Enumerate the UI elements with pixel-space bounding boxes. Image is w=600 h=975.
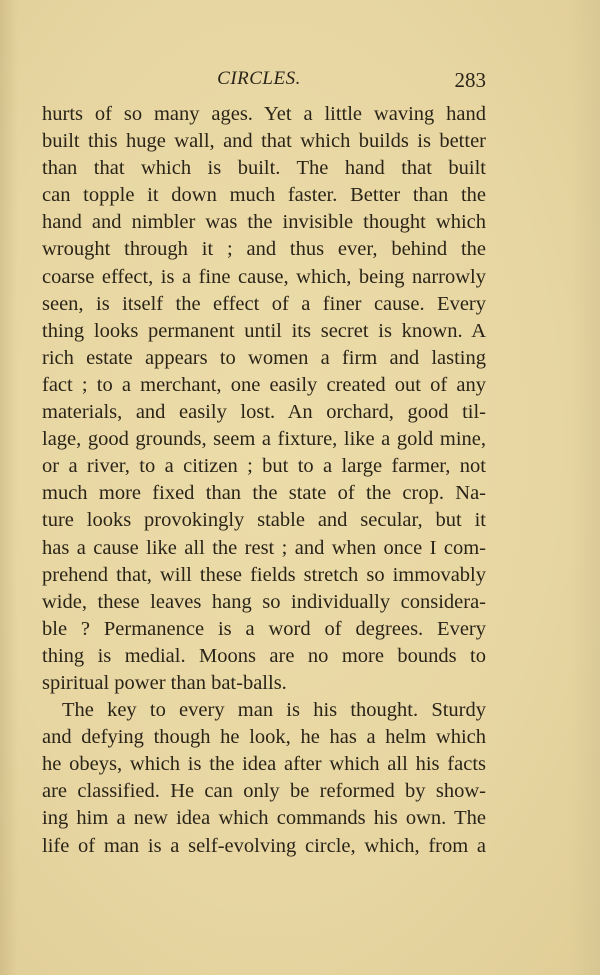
text-line: thing is medial. Moons are no more bound… [42, 643, 486, 670]
text-line: thing looks permanent until its secret i… [42, 318, 486, 345]
text-line: prehend that, will these fields stretch … [42, 562, 486, 589]
text-line: rich estate appears to women a firm and … [42, 345, 486, 372]
text-line: much more fixed than the state of the cr… [42, 480, 486, 507]
page-number: 283 [455, 68, 487, 93]
running-title: CIRCLES. [32, 68, 486, 90]
text-line: and defying though he look, he has a hel… [42, 724, 486, 751]
running-head: CIRCLES. 283 [42, 68, 486, 96]
text-line: ble ? Permanence is a word of degrees. E… [42, 616, 486, 643]
text-line: built this huge wall, and that which bui… [42, 128, 486, 155]
paragraph-start-line: The key to every man is his thought. Stu… [42, 697, 486, 724]
text-line: materials, and easily lost. An orchard, … [42, 399, 486, 426]
text-line: lage, good grounds, seem a fixture, like… [42, 426, 486, 453]
text-line: hurts of so many ages. Yet a little wavi… [42, 101, 486, 128]
text-line: life of man is a self-evolving circle, w… [42, 833, 486, 860]
text-line: ing him a new idea which commands his ow… [42, 805, 486, 832]
body-text: hurts of so many ages. Yet a little wavi… [42, 101, 486, 860]
page-edge-shadow-right [570, 0, 600, 975]
text-line: wide, these leaves hang so individually … [42, 589, 486, 616]
text-line: than that which is built. The hand that … [42, 155, 486, 182]
text-line: can topple it down much faster. Better t… [42, 182, 486, 209]
text-line: seen, is itself the effect of a finer ca… [42, 291, 486, 318]
text-line: wrought through it ; and thus ever, behi… [42, 236, 486, 263]
paragraph-end-line: spiritual power than bat-balls. [42, 670, 486, 697]
text-line: has a cause like all the rest ; and when… [42, 535, 486, 562]
text-line: he obeys, which is the idea after which … [42, 751, 486, 778]
page-edge-shadow-left [0, 0, 18, 975]
text-line: or a river, to a citizen ; but to a larg… [42, 453, 486, 480]
text-line: ture looks provokingly stable and secula… [42, 507, 486, 534]
text-line: fact ; to a merchant, one easily created… [42, 372, 486, 399]
text-line: coarse effect, is a fine cause, which, b… [42, 264, 486, 291]
text-line: are classified. He can only be reformed … [42, 778, 486, 805]
text-line: hand and nimbler was the invisible thoug… [42, 209, 486, 236]
